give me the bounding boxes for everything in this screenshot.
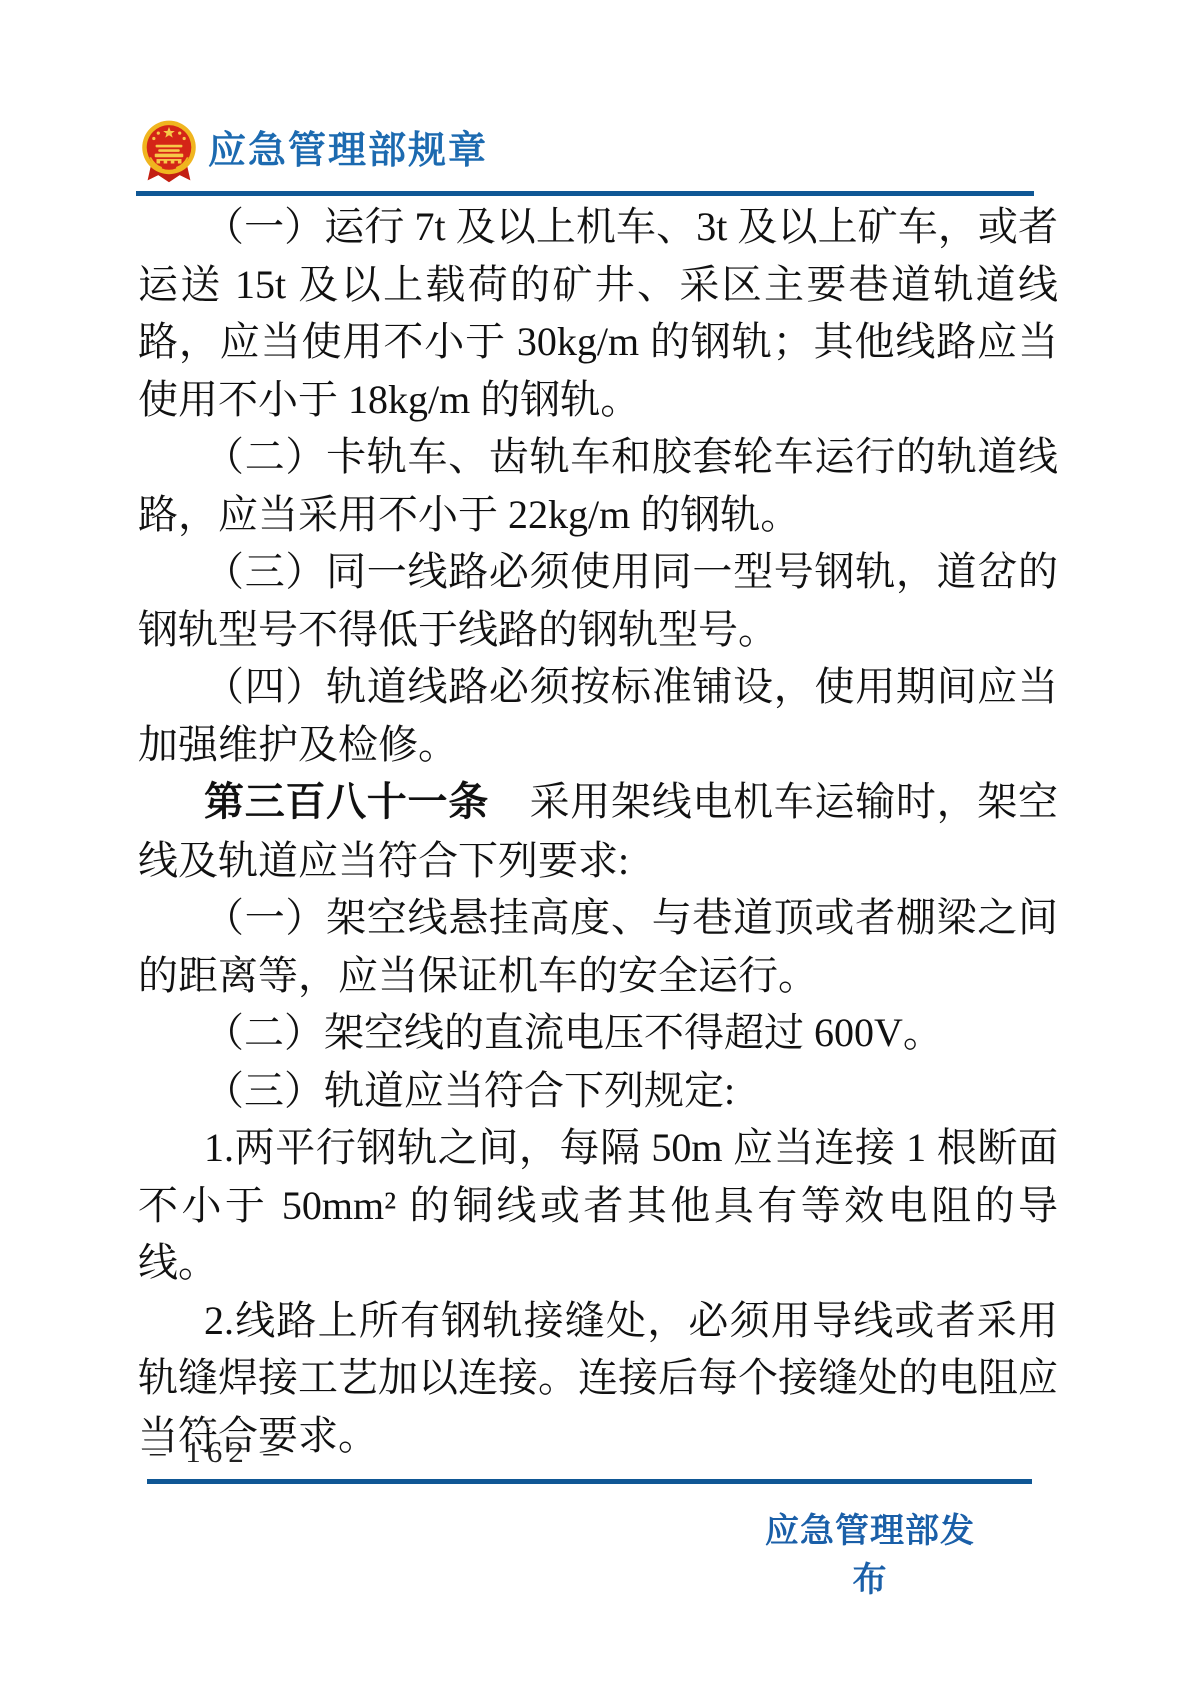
paragraph: （二）架空线的直流电压不得超过 600V。 xyxy=(138,1004,1058,1062)
header-rule xyxy=(136,191,1034,196)
document-page: 应急管理部规章 （一）运行 7t 及以上机车、3t 及以上矿车，或者运送 15t… xyxy=(0,0,1191,1684)
article-number: 第三百八十一条 xyxy=(204,780,489,824)
paragraph: （三）同一线路必须使用同一型号钢轨，道岔的钢轨型号不得低于线路的钢轨型号。 xyxy=(138,543,1058,658)
paragraph: （一）架空线悬挂高度、与巷道顶或者棚梁之间的距离等，应当保证机车的安全运行。 xyxy=(138,889,1058,1004)
header-title: 应急管理部规章 xyxy=(208,132,488,170)
paragraph: （二）卡轨车、齿轨车和胶套轮车运行的轨道线路，应当采用不小于 22kg/m 的钢… xyxy=(138,428,1058,543)
paragraph: （一）运行 7t 及以上机车、3t 及以上矿车，或者运送 15t 及以上载荷的矿… xyxy=(138,198,1058,428)
paragraph: 第三百八十一条 采用架线电机车运输时，架空线及轨道应当符合下列要求: xyxy=(138,773,1058,889)
page-number: – 162 – xyxy=(150,1434,285,1470)
document-body: （一）运行 7t 及以上机车、3t 及以上矿车，或者运送 15t 及以上载荷的矿… xyxy=(138,198,1058,1464)
paragraph: （三）轨道应当符合下列规定: xyxy=(138,1062,1058,1120)
footer-publisher: 应急管理部发布 xyxy=(765,1503,975,1601)
page-header: 应急管理部规章 xyxy=(140,116,1040,186)
paragraph: 1.两平行钢轨之间，每隔 50m 应当连接 1 根断面不小于 50mm² 的铜线… xyxy=(138,1119,1058,1292)
footer-rule xyxy=(147,1479,1032,1484)
paragraph: （四）轨道线路必须按标准铺设，使用期间应当加强维护及检修。 xyxy=(138,658,1058,773)
national-emblem-icon xyxy=(140,118,198,184)
